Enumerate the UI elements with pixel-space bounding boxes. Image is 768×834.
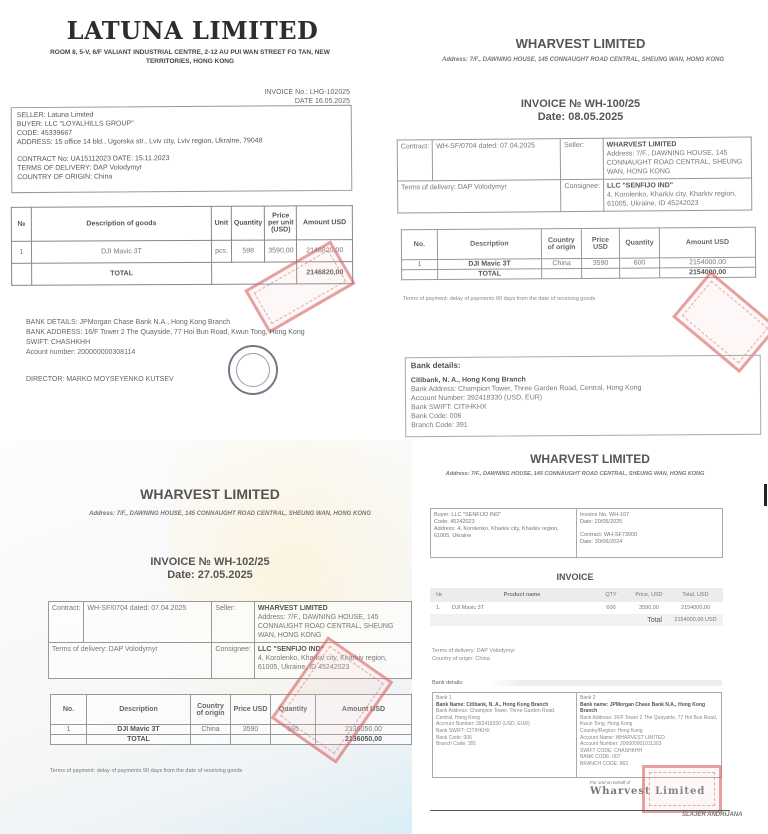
company-title: LATUNA LIMITED xyxy=(0,16,385,45)
total-label: TOTAL xyxy=(87,735,191,745)
payment-terms: Terms of payment: delay of payments 90 d… xyxy=(403,296,595,302)
bank-heading: Bank details: xyxy=(411,359,755,370)
bank-details: Bank details: Citibank, N. A., Hong Kong… xyxy=(405,355,762,437)
total-label: TOTAL xyxy=(32,262,212,285)
bank-account: Account Number: 392418330 (USD, EUR) xyxy=(436,721,573,728)
company-address: Address: 7/F., DAWNING HOUSE, 145 CONNAU… xyxy=(80,510,380,519)
invoice-heading: INVOICE № WH-100/25 Date: 08.05.2025 xyxy=(393,98,768,124)
signatory-name: SLAJER ANDRIJANA xyxy=(682,812,742,818)
seller-address: Address: 7/F., DAWNING HOUSE, 145 CONNAU… xyxy=(607,148,748,176)
bank-address: Bank Address: 16/F Tower 2 The Quayside,… xyxy=(580,715,718,728)
contract-table: Contract: WH-SF/0704 dated: 07.04.2025 S… xyxy=(397,136,753,213)
bank-1: Bank 1 Bank Name: Citibank, N. A., Hong … xyxy=(433,693,577,777)
cell: 2154000,00 xyxy=(668,605,723,611)
account-name: Account Name: WHARVEST LIMITED xyxy=(580,735,718,742)
invoice-wh-107: WHARVEST LIMITED Address: 7/F., DAWNING … xyxy=(420,440,768,834)
col-header: № xyxy=(430,592,452,598)
party-box: SELLER: Latuna Limited BUYER: LLC "LOYAL… xyxy=(11,105,353,193)
product-table: № Product name QTY Price, USD Total, USD… xyxy=(430,588,723,626)
payment-terms: Terms of payment: delay of payments 90 d… xyxy=(50,768,242,774)
col-header: QTY xyxy=(592,592,630,598)
bank-name: Bank Name: Citibank, N. A., Hong Kong Br… xyxy=(436,702,573,709)
col-header: No. xyxy=(51,695,87,725)
goods-table: No. Description Country of origin Price … xyxy=(401,227,756,280)
col-header: Price USD xyxy=(231,695,271,725)
edge-marker xyxy=(764,484,767,506)
company-address: Address: 7/F., DAWNING HOUSE, 145 CONNAU… xyxy=(433,56,733,65)
label: Contract: xyxy=(397,140,433,181)
col-header: № xyxy=(11,207,31,241)
buyer-address: Address: 4, Korolenko, Kharkiv city, Kha… xyxy=(434,526,573,540)
branch-code: Branch Code: 391 xyxy=(436,741,573,748)
invoice-wh-100: WHARVEST LIMITED Address: 7/F., DAWNING … xyxy=(393,0,768,440)
invoice-number: INVOICE № WH-102/25 xyxy=(40,556,380,569)
col-header: Quantity xyxy=(619,228,659,258)
label: Consignee: xyxy=(212,643,254,679)
bank-heading: Bank details: xyxy=(432,680,722,686)
company-title: WHARVEST LIMITED xyxy=(440,452,740,466)
cell: 600 xyxy=(592,605,630,611)
contract-value: WH-SF/0704 dated: 07.04.2025 xyxy=(84,602,212,643)
seller: WHARVEST LIMITEDAddress: 7/F., DAWNING H… xyxy=(603,137,752,179)
table-row: 1. DJI Mavic 3T 600 3590,00 2154000,00 xyxy=(430,602,723,614)
invoice-number: INVOICE No.: LHG-102025 xyxy=(264,88,350,97)
invoice-date: Date: 08.05.2025 xyxy=(393,111,768,124)
cell: 3590,00 xyxy=(265,240,297,262)
terms-of-delivery: Terms of delivery: DAP Volodymyr xyxy=(398,180,562,213)
branch-code: Branch Code: 391 xyxy=(411,419,755,430)
cell: China xyxy=(191,725,231,735)
bank-swift: SWIFT CODE: CHASHKHH xyxy=(580,748,718,755)
col-header: Total, USD xyxy=(668,592,723,598)
red-stamp xyxy=(642,765,722,813)
bank-swift: Bank SWIFT: CITIHKHX xyxy=(436,728,573,735)
cell: 1 xyxy=(51,725,87,735)
seller-name: WHARVEST LIMITED xyxy=(258,604,408,613)
seller-address: Address: 7/F., DAWNING HOUSE, 145 CONNAU… xyxy=(258,613,408,640)
col-header: Quantity xyxy=(231,206,265,240)
bank-label: Bank 2 xyxy=(580,695,718,702)
label: Contract: xyxy=(49,602,84,643)
invoice-number: INVOICE № WH-100/25 xyxy=(393,98,768,111)
col-header: Country of origin xyxy=(541,228,581,258)
col-header: Unit xyxy=(211,206,231,240)
cell: 1 xyxy=(11,241,31,263)
cell: 598 xyxy=(231,240,265,262)
table-header: № Product name QTY Price, USD Total, USD xyxy=(430,588,723,602)
bank-country: Country/Region: Hong Kong xyxy=(580,728,718,735)
terms-of-delivery: Terms of delivery: DAP Volodymyr xyxy=(49,643,212,679)
col-header: Description xyxy=(87,695,191,725)
cell: China xyxy=(542,258,582,268)
total-row: TOTAL 2136050,00 xyxy=(51,735,412,745)
buyer-code: Code: 45242023 xyxy=(434,519,573,526)
total-row: Total 2154000,00 USD xyxy=(430,614,723,626)
invoice-heading: INVOICE № WH-102/25 Date: 27.05.2025 xyxy=(40,556,380,582)
country-of-origin: COUNTRY OF ORIGIN: China xyxy=(17,171,346,182)
bank-name: BANK DETAILS: JPMorgan Chase Bank N.A., … xyxy=(26,318,305,328)
total-label: TOTAL xyxy=(438,269,542,280)
col-header: Price, USD xyxy=(630,592,668,598)
total-value: 2154000,00 USD xyxy=(668,617,723,623)
company-title: WHARVEST LIMITED xyxy=(40,486,380,502)
cell: DJI Mavic 3T xyxy=(31,240,211,263)
col-header: Amount USD xyxy=(297,206,353,240)
cell: 1. xyxy=(430,605,452,611)
label: Seller: xyxy=(561,138,604,179)
terms-of-delivery: Terms of delivery: DAP Volodymyr xyxy=(432,647,515,655)
bank-address: BANK ADDRESS: 16/F Tower 2 The Quayside,… xyxy=(26,328,305,338)
invoice-wh-102: WHARVEST LIMITED Address: 7/F., DAWNING … xyxy=(0,440,412,834)
col-header: Product name xyxy=(452,592,592,598)
bank-code: BANK CODE: 007 xyxy=(580,754,718,761)
cell: DJI Mavic 3T xyxy=(87,725,191,735)
round-seal xyxy=(228,345,278,395)
cell: pcs. xyxy=(211,240,231,262)
invoice-date: Date: 20/05/2025 xyxy=(580,519,637,526)
bank-name: Bank name: JPMorgan Chase Bank N.A., Hon… xyxy=(580,702,718,715)
invoice-meta: INVOICE No.: LHG-102025 DATE 16.05.2025 xyxy=(264,88,350,106)
cell: 1 xyxy=(402,259,438,269)
label: Seller: xyxy=(212,602,254,643)
director: DIRECTOR: MARKO MOYSEYENKO KUTSEV xyxy=(26,376,174,383)
invoice-title: INVOICE xyxy=(420,572,730,582)
col-header: No. xyxy=(401,229,437,259)
bank-account: Account Number: 200000001011303 xyxy=(580,741,718,748)
company-address: Address: 7/F., DAWNING HOUSE, 145 CONNAU… xyxy=(425,470,725,479)
company-address: ROOM 8, 5-V, 6/F VALIANT INDUSTRIAL CENT… xyxy=(30,48,350,66)
bank-label: Bank 1 xyxy=(436,695,573,702)
contract: Contract: WH-SF73000 xyxy=(580,532,637,539)
total-row: TOTAL 2154000,00 xyxy=(402,267,756,279)
cell: DJI Mavic 3T xyxy=(452,605,592,611)
label: Consignee: xyxy=(561,179,604,211)
col-header: Amount USD xyxy=(659,227,755,258)
delivery-info: Terms of delivery: DAP Volodymyr Country… xyxy=(432,647,515,663)
cell: 2154000,00 xyxy=(660,257,756,268)
col-header: Price USD xyxy=(581,228,619,258)
cell: 600 xyxy=(620,258,660,268)
cell: 3590 xyxy=(231,725,271,735)
total-label: Total xyxy=(647,617,662,624)
buyer: Buyer: LLC "SENFIJO IND" xyxy=(434,512,573,519)
contract-value: WH-SF/0704 dated: 07.04.2025 xyxy=(433,139,561,181)
contract-date: Date: 30/06/2024 xyxy=(580,539,637,546)
col-header: Description of goods xyxy=(31,206,211,241)
cell: 3590,00 xyxy=(630,605,668,611)
country-of-origin: Country of origin: China xyxy=(432,655,515,663)
on-behalf-label: For and on behalf of xyxy=(590,780,630,785)
cell: 3590 xyxy=(582,258,620,268)
consignee: LLC "SENFIJO IND"4, Korolenko, Kharkiv c… xyxy=(603,178,751,211)
invoice-number: Invoice No. WH-107 xyxy=(580,512,637,519)
col-header: Price per unit (USD) xyxy=(265,206,297,240)
invoice-date: Date: 27.05.2025 xyxy=(40,569,380,582)
col-header: Country of origin xyxy=(191,695,231,725)
invoice-latuna: LATUNA LIMITED ROOM 8, 5-V, 6/F VALIANT … xyxy=(0,0,385,410)
bank-code: Bank Code: 006 xyxy=(436,735,573,742)
seller: WHARVEST LIMITEDAddress: 7/F., DAWNING H… xyxy=(254,602,411,643)
party-box: Buyer: LLC "SENFIJO IND" Code: 45242023 … xyxy=(430,508,723,558)
col-header: Description xyxy=(437,229,541,260)
consignee-address: 4, Korolenko, Kharkiv city, Kharkiv regi… xyxy=(607,189,748,208)
company-title: WHARVEST LIMITED xyxy=(393,36,768,51)
signature-line xyxy=(430,810,730,811)
bank-address: Bank Address: Champion Tower, Three Gard… xyxy=(436,708,573,721)
